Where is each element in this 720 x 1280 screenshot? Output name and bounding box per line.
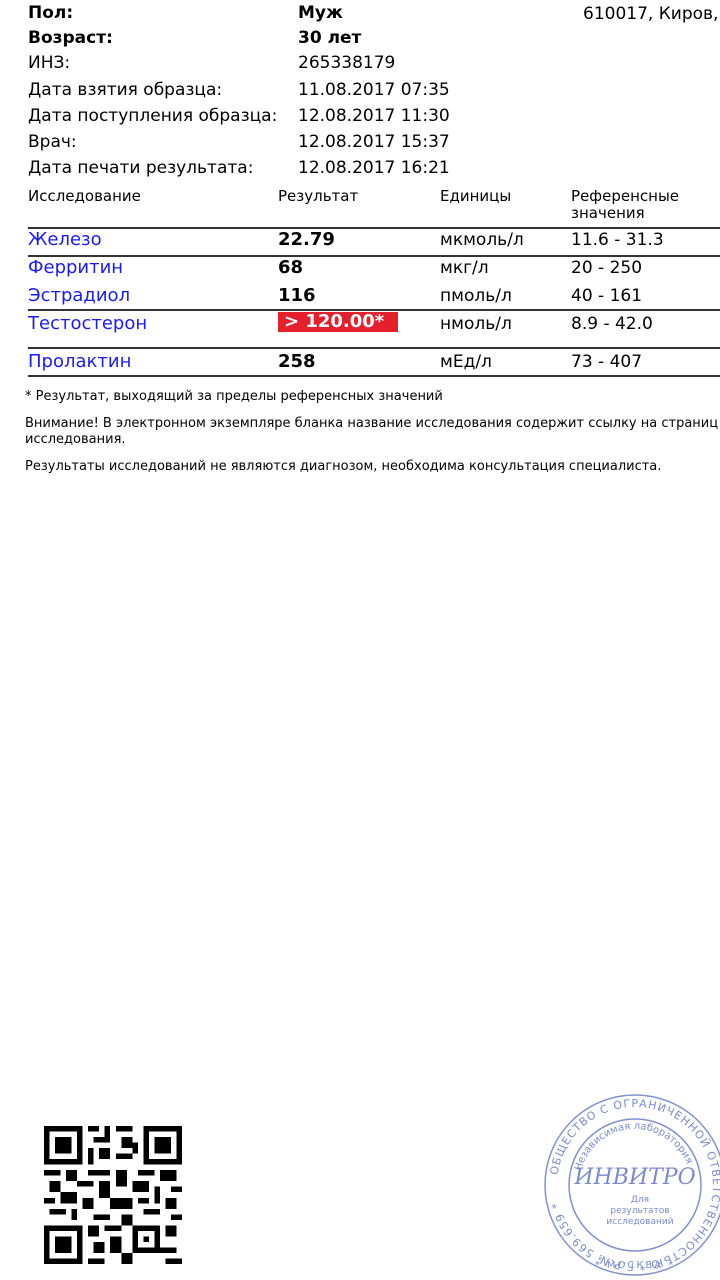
lab-address: 610017, Киров, <box>583 4 718 24</box>
info-label: Врач: <box>28 131 77 153</box>
table-bottom-divider <box>28 375 720 377</box>
out-of-range-note: * Результат, выходящий за пределы рефере… <box>25 389 443 405</box>
reference-range: 11.6 - 31.3 <box>571 227 664 253</box>
reference-range: 73 - 407 <box>571 349 642 375</box>
stamp-center-line3: исследований <box>606 1217 673 1227</box>
info-label: Пол: <box>28 2 73 24</box>
info-label: Дата печати результата: <box>28 157 253 179</box>
header-test: Исследование <box>28 188 141 205</box>
info-label: Дата поступления образца: <box>28 105 277 127</box>
stamp-center-line2: результатов <box>610 1206 669 1216</box>
attention-note-line1: Внимание! В электронном экземпляре бланк… <box>25 416 718 432</box>
table-row: Эстрадиол 116 пмоль/л 40 - 161 <box>28 283 720 309</box>
test-link-prolactin[interactable]: Пролактин <box>28 349 131 375</box>
header-reference: Референсные значения <box>571 188 691 222</box>
info-value: 30 лет <box>298 27 361 49</box>
stamp-brand: ИНВИТРО <box>573 1165 695 1190</box>
info-label: ИНЗ: <box>28 52 70 74</box>
info-label: Дата взятия образца: <box>28 79 222 101</box>
result-value: 68 <box>278 255 303 281</box>
info-value: 12.08.2017 15:37 <box>298 131 450 153</box>
qr-code <box>40 1126 186 1264</box>
info-value: 12.08.2017 16:21 <box>298 157 450 179</box>
info-value: 265338179 <box>298 52 395 74</box>
header-result: Результат <box>278 188 358 205</box>
result-value: 116 <box>278 283 316 309</box>
result-value: 22.79 <box>278 227 335 253</box>
disclaimer-note: Результаты исследований не являются диаг… <box>25 459 661 475</box>
stamp-center-line1: Для <box>631 1195 649 1205</box>
stamp-city: * МОСКВА * <box>595 1260 676 1271</box>
info-label: Возраст: <box>28 27 113 49</box>
units: пмоль/л <box>440 283 512 309</box>
table-row: Ферритин 68 мкг/л 20 - 250 <box>28 255 720 281</box>
test-link-estradiol[interactable]: Эстрадиол <box>28 283 130 309</box>
table-row: Пролактин 258 мЕд/л 73 - 407 <box>28 347 720 373</box>
lab-stamp: ОБЩЕСТВО С ОГРАНИЧЕННОЙ ОТВЕТСТВЕННОСТЬЮ… <box>540 1090 720 1280</box>
units: мЕд/л <box>440 349 492 375</box>
info-value: Муж <box>298 2 343 24</box>
table-row: Тестостерон > 120.00* нмоль/л 8.9 - 42.0 <box>28 309 720 347</box>
info-value: 11.08.2017 07:35 <box>298 79 450 101</box>
units: мкг/л <box>440 255 489 281</box>
units: мкмоль/л <box>440 227 524 253</box>
test-link-iron[interactable]: Железо <box>28 227 102 253</box>
info-value: 12.08.2017 11:30 <box>298 105 450 127</box>
header-units: Единицы <box>440 188 511 205</box>
attention-note-line2: исследования. <box>25 432 126 448</box>
table-row: Железо 22.79 мкмоль/л 11.6 - 31.3 <box>28 227 720 253</box>
flagged-result-badge: > 120.00* <box>278 312 398 332</box>
result-value: 258 <box>278 349 316 375</box>
test-link-ferritin[interactable]: Ферритин <box>28 255 123 281</box>
units: нмоль/л <box>440 311 512 337</box>
reference-range: 20 - 250 <box>571 255 642 281</box>
reference-range: 8.9 - 42.0 <box>571 311 653 337</box>
reference-range: 40 - 161 <box>571 283 642 309</box>
test-link-testosterone[interactable]: Тестостерон <box>28 311 147 337</box>
